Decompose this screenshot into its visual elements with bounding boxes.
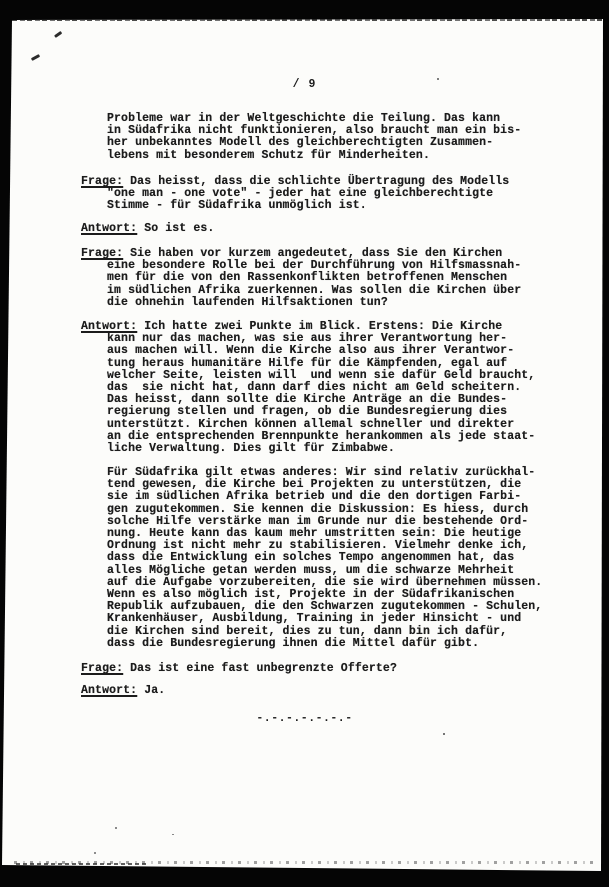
text-line: her unbekanntes Modell des gleichberecht… xyxy=(81,137,521,149)
text-line: men für die von den Rassenkonflikten bet… xyxy=(81,272,521,284)
text-line: sie im südlichen Afrika betrieb und die … xyxy=(81,491,542,503)
paragraph-antwort: Antwort: Ich hatte zwei Punkte im Blick.… xyxy=(81,321,535,455)
speaker-label: Antwort: xyxy=(81,320,137,333)
paragraph-body: Probleme war in der Weltgeschichte die T… xyxy=(81,113,521,162)
paragraph-frage: Frage: Sie haben vor kurzem angedeutet, … xyxy=(81,248,521,309)
paragraph-antwort: Antwort: So ist es. xyxy=(81,223,214,235)
speaker-label: Frage: xyxy=(81,662,123,675)
ink-speck xyxy=(94,852,96,854)
text-line: Frage: Das ist eine fast unbegrenzte Off… xyxy=(81,663,397,675)
text-line: Antwort: So ist es. xyxy=(81,223,214,235)
text-line: unterstützt. Kirchen können allemal schn… xyxy=(81,419,535,431)
page-top-edge-noise xyxy=(12,19,603,21)
paragraph-antwort: Antwort: Ja. xyxy=(81,685,165,697)
text-line: tung heraus humanitäre Hilfe für die Käm… xyxy=(81,358,535,370)
text-line: alles Mögliche getan werden muss, um die… xyxy=(81,565,542,577)
text-line: Antwort: Ja. xyxy=(81,685,165,697)
scan-background: / 9 Probleme war in der Weltgeschichte d… xyxy=(0,0,609,887)
speaker-label: Antwort: xyxy=(81,222,137,235)
text-line: regierung stellen und fragen, ob die Bun… xyxy=(81,406,535,418)
speaker-label: Frage: xyxy=(81,247,123,260)
ink-speck xyxy=(172,834,174,835)
ink-speck xyxy=(54,31,62,38)
text-line: Krankenhäuser, Ausbildung, Training in j… xyxy=(81,613,542,625)
text-line: aus machen will. Wenn die Kirche also au… xyxy=(81,345,535,357)
speaker-label: Frage: xyxy=(81,175,123,188)
paragraph-body: Für Südafrika gilt etwas anderes: Wir si… xyxy=(81,467,542,650)
text-line: Stimme - für Südafrika unmöglich ist. xyxy=(81,200,509,212)
paragraph-frage: Frage: Das ist eine fast unbegrenzte Off… xyxy=(81,663,397,675)
text-line: gen zugutekommen. Sie kennen die Diskuss… xyxy=(81,504,542,516)
text-line: die ohnehin laufenden Hilfsaktionen tun? xyxy=(81,297,521,309)
ink-speck xyxy=(31,54,40,61)
ink-speck xyxy=(443,733,445,735)
ink-speck xyxy=(115,827,117,829)
text-line: lebens mit besonderem Schutz für Minderh… xyxy=(81,150,521,162)
speaker-label: Antwort: xyxy=(81,684,137,697)
text-line: dass die Bundesregierung ihnen die Mitte… xyxy=(81,638,542,650)
section-divider: -.-.-.-.-.-.- xyxy=(0,712,609,725)
page-number: / 9 xyxy=(0,78,609,91)
text-line: die Kirchen sind bereit, dies zu tun, da… xyxy=(81,626,542,638)
document-page: / 9 Probleme war in der Weltgeschichte d… xyxy=(0,0,609,887)
text-line: liche Verwaltung. Dies gilt für Zimbabwe… xyxy=(81,443,535,455)
text-line: im südlichen Afrika zuerkennen. Was soll… xyxy=(81,285,521,297)
page-bottom-edge-noise xyxy=(16,863,146,865)
paragraph-frage: Frage: Das heisst, dass die schlichte Üb… xyxy=(81,176,509,213)
text-line: dass die Entwicklung ein solches Tempo a… xyxy=(81,552,542,564)
ink-speck xyxy=(437,78,439,80)
